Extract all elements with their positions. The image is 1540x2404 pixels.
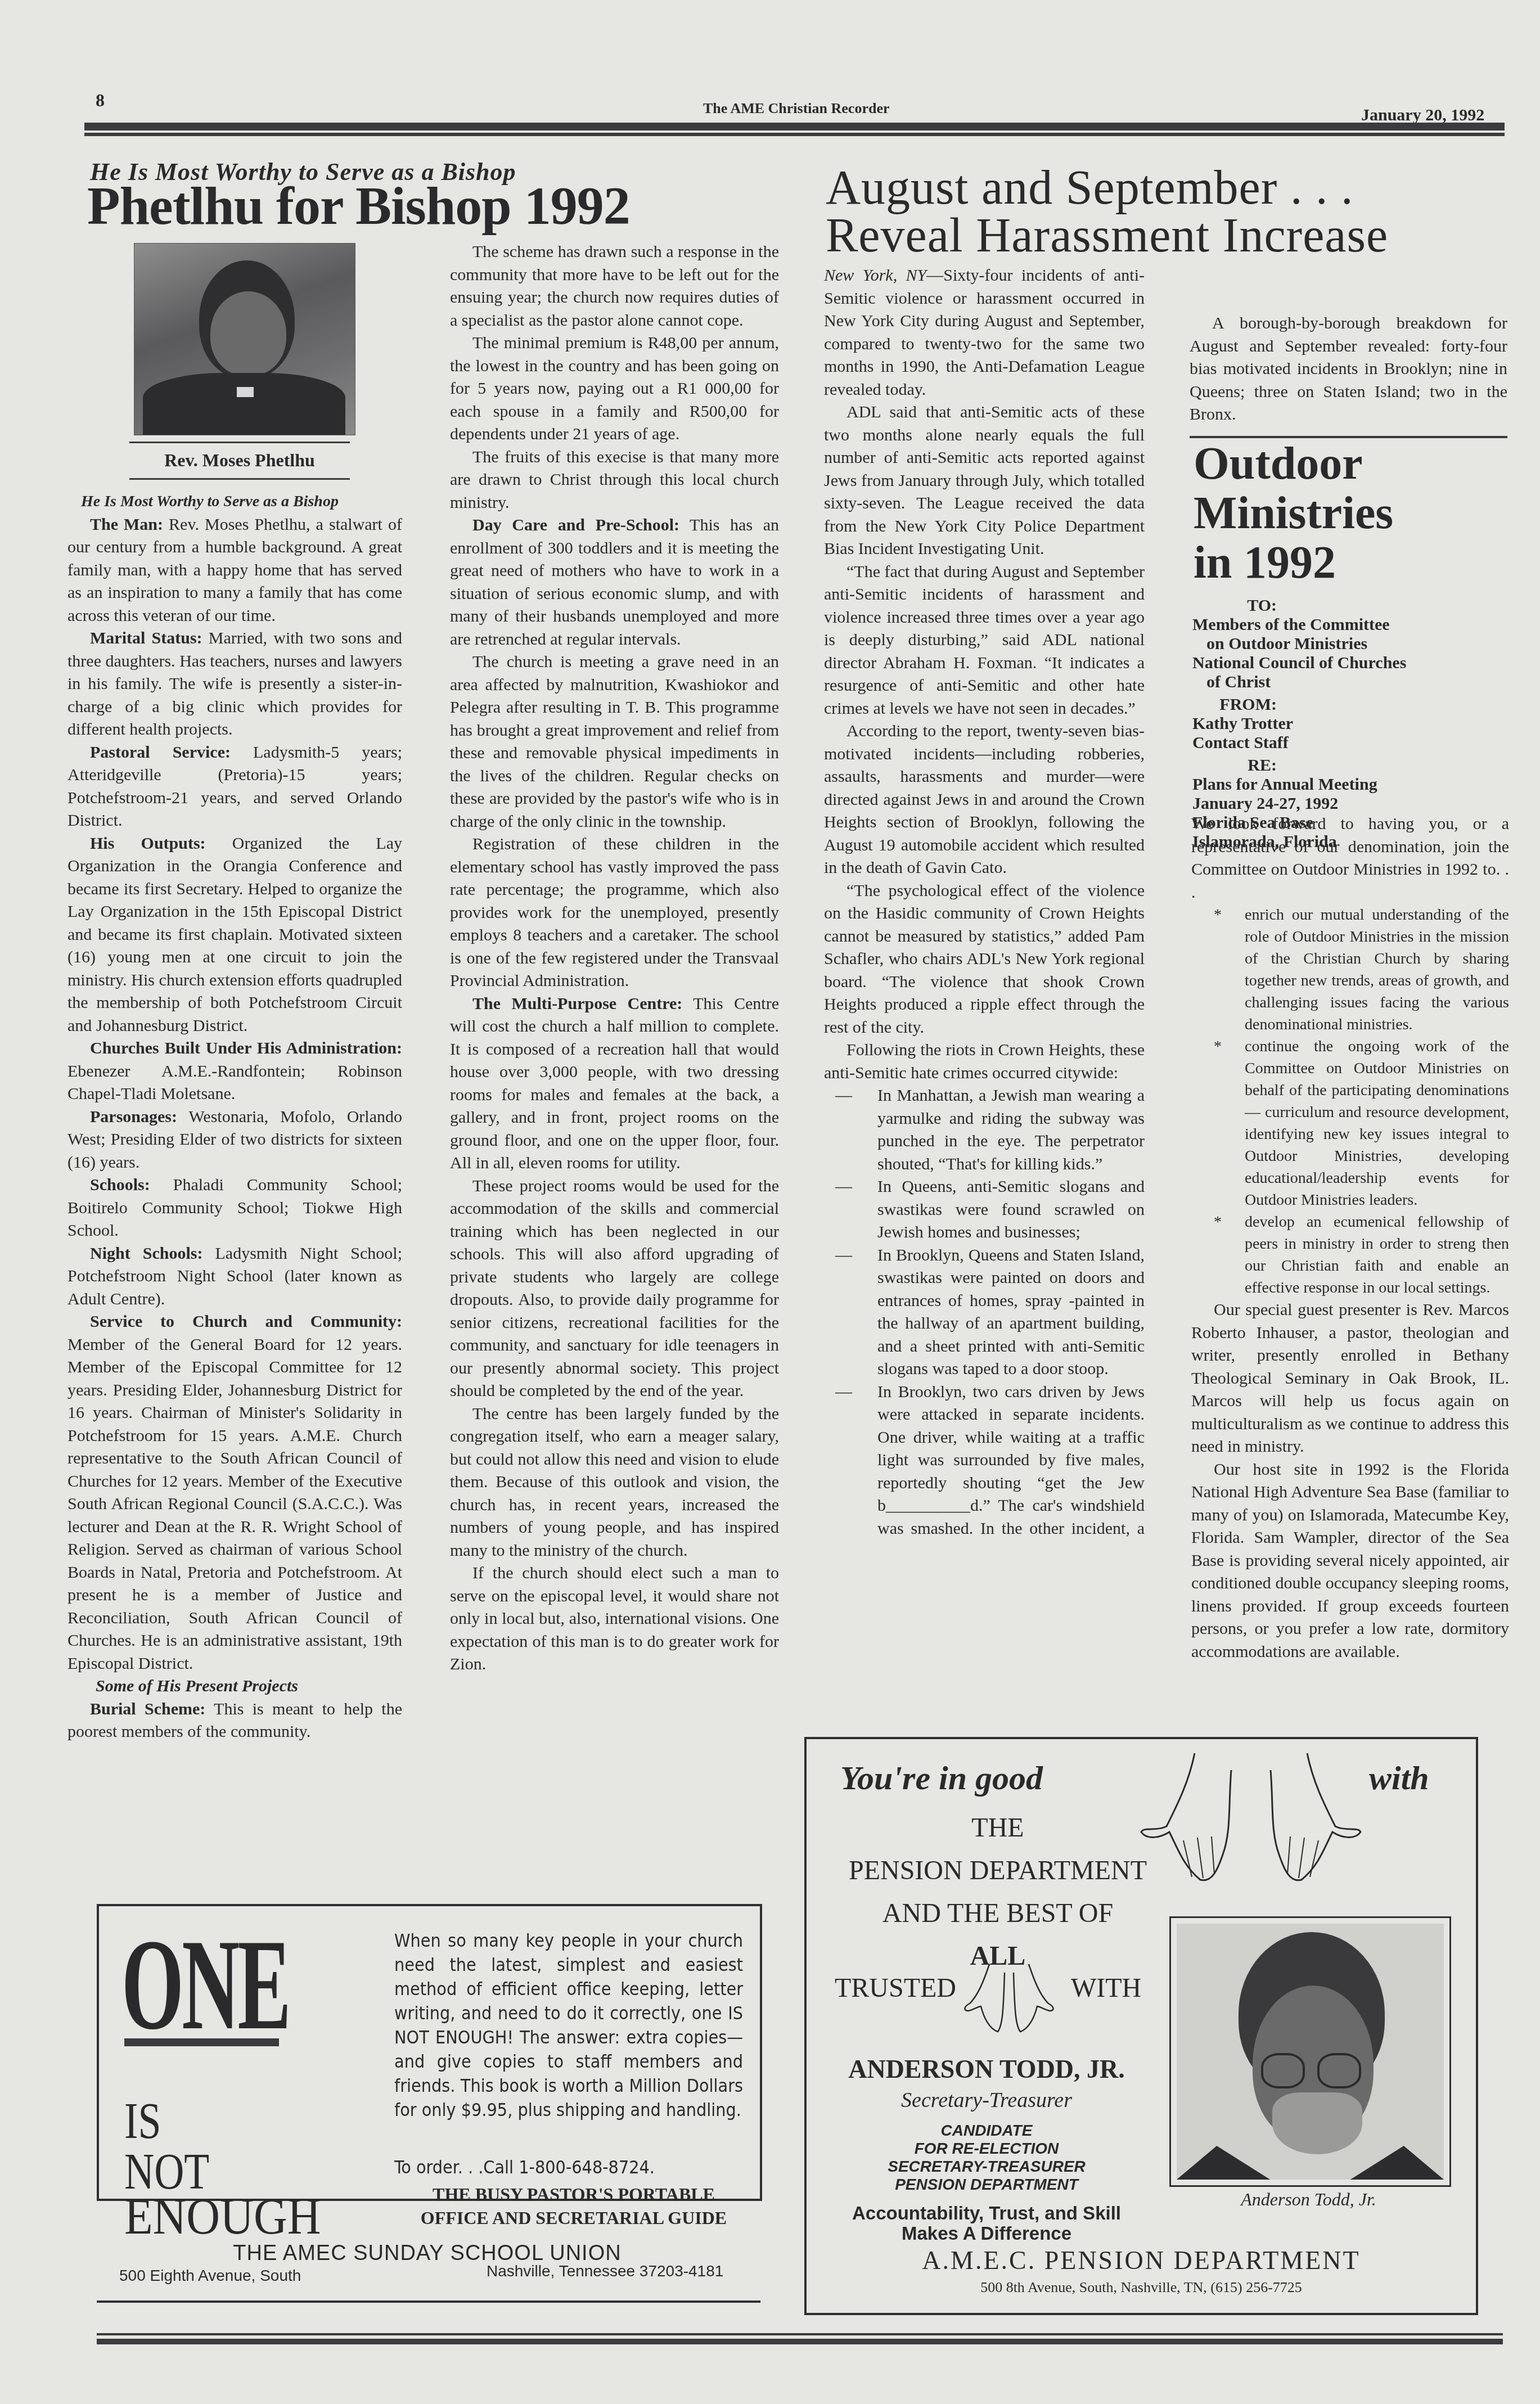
phetlhu-subkicker: He Is Most Worthy to Serve as a Bishop: [67, 490, 402, 514]
phetlhu-photo: [134, 243, 355, 435]
pension-slogan: Accountability, Trust, and Skill Makes A…: [829, 2203, 1144, 2244]
ad-word-is: IS: [124, 2095, 161, 2146]
incident-item: In Brooklyn, Queens and Staten Island, s…: [824, 1244, 1145, 1381]
harassment-closing: A borough-by-borough breakdown for Augus…: [1190, 312, 1507, 426]
phetlhu-para-burial: Burial Scheme: This is meant to help the…: [67, 1698, 402, 1744]
harassment-para: ADL said that anti-Semitic acts of these…: [824, 401, 1145, 561]
harassment-para: “The fact that during August and Septemb…: [824, 561, 1145, 721]
page-number: 8: [96, 90, 105, 111]
caption-rule: [129, 478, 350, 480]
pension-address: 500 8th Avenue, South, Nashville, TN, (6…: [807, 2279, 1476, 2296]
footer-rule-thick: [97, 2339, 1503, 2344]
header-rule-thin: [84, 133, 1505, 136]
outdoor-body: We look forward to having you, or a repr…: [1191, 813, 1509, 1663]
caption-rule: [129, 442, 350, 443]
pension-with: WITH: [1071, 1973, 1141, 2004]
todd-photo-caption: Anderson Todd, Jr.: [1169, 2189, 1448, 2210]
memo-from: FROM:Kathy TrotterContact Staff: [1192, 695, 1519, 753]
harassment-headline-line1: August and September . . .: [826, 163, 1353, 211]
ad-body-text: When so many key people in your church n…: [394, 1929, 743, 2122]
harassment-para: “The psychological effect of the violenc…: [824, 880, 1145, 1039]
publication-name: The AME Christian Recorder: [703, 100, 889, 117]
incident-item: In Queens, anti-Semitic slogans and swas…: [824, 1176, 1145, 1244]
pension-candidate-block: CANDIDATE FOR RE-ELECTION SECRETARY-TREA…: [829, 2122, 1144, 2194]
phetlhu-para-night-schools: Night Schools: Ladysmith Night School; P…: [67, 1242, 402, 1311]
ad-word-enough: ENOUGH: [124, 2190, 321, 2242]
incident-list: In Manhattan, a Jewish man wearing a yar…: [824, 1084, 1145, 1544]
incident-item: In Brooklyn, two cars driven by Jews wer…: [824, 1381, 1145, 1544]
dateline: New York, NY: [824, 266, 926, 285]
phetlhu-headline: Phetlhu for Bishop 1992: [87, 179, 630, 233]
harassment-lead: New York, NY—Sixty-four incidents of ant…: [824, 264, 1145, 401]
phetlhu-column-1: He Is Most Worthy to Serve as a Bishop T…: [67, 490, 402, 1744]
phetlhu-para-multipurpose: The Multi-Purpose Centre: This Centre wi…: [450, 993, 779, 1175]
phetlhu-para-marital: Marital Status: Married, with two sons a…: [67, 627, 402, 741]
outdoor-intro: We look forward to having you, or a repr…: [1191, 813, 1509, 904]
ad-pension: You're in good with THE PENSION DEPARTME…: [804, 1737, 1478, 2315]
phetlhu-para: Registration of these children in the el…: [450, 833, 779, 993]
footer-rule-thin: [97, 2333, 1503, 2335]
harassment-headline-line2: Reveal Harassment Increase: [826, 211, 1388, 259]
memo-to: TO:Members of the Committeeon Outdoor Mi…: [1192, 596, 1519, 692]
phetlhu-para-parsonages: Parsonages: Westonaria, Mofolo, Orlando …: [67, 1106, 402, 1174]
goal-item: enrich our mutual understanding of the r…: [1191, 904, 1509, 1036]
phetlhu-photo-caption: Rev. Moses Phetlhu: [129, 450, 350, 471]
phetlhu-para-daycare: Day Care and Pre-School: This has an enr…: [450, 514, 779, 651]
outdoor-headline: Outdoor Ministries in 1992: [1194, 439, 1393, 587]
phetlhu-para: If the church should elect such a man to…: [450, 1562, 779, 1676]
pension-department-name: A.M.E.C. PENSION DEPARTMENT: [807, 2245, 1476, 2275]
pension-trusted: TRUSTED: [835, 1973, 956, 2004]
phetlhu-para-schools: Schools: Phaladi Community School; Boiti…: [67, 1174, 402, 1242]
phetlhu-para: These project rooms would be used for th…: [450, 1175, 779, 1403]
ad-word-one: ONE: [121, 1929, 289, 2041]
pension-tagline-right: with: [1369, 1759, 1429, 1798]
open-hands-icon: [1133, 1748, 1369, 1888]
phetlhu-para-service: Service to Church and Community: Member …: [67, 1311, 402, 1675]
pension-candidate-title: Secretary-Treasurer: [829, 2088, 1144, 2113]
pension-candidate-name: ANDERSON TODD, JR.: [829, 2054, 1144, 2084]
phetlhu-column-2: The scheme has drawn such a response in …: [450, 241, 779, 1676]
todd-photo-frame: [1169, 1916, 1451, 2187]
pension-lines: THE PENSION DEPARTMENT AND THE BEST OF A…: [840, 1807, 1155, 1978]
phetlhu-para: The minimal premium is R48,00 per annum,…: [450, 332, 779, 446]
phetlhu-para-churches: Churches Built Under His Administration:…: [67, 1037, 402, 1106]
pension-tagline-left: You're in good: [840, 1759, 1043, 1798]
harassment-column-2: A borough-by-borough breakdown for Augus…: [1190, 264, 1507, 426]
phetlhu-para: The centre has been largely funded by th…: [450, 1403, 779, 1563]
harassment-para: Following the riots in Crown Heights, th…: [824, 1039, 1145, 1084]
phetlhu-para-outputs: His Outputs: Organized the Lay Organizat…: [67, 832, 402, 1038]
harassment-column-1: New York, NY—Sixty-four incidents of ant…: [824, 264, 1145, 1544]
goal-item: develop an ecumenical fellowship of peer…: [1191, 1211, 1509, 1299]
ad-address-right: Nashville, Tennessee 37203-4181: [487, 2262, 723, 2280]
goal-item: continue the ongoing work of the Committ…: [1191, 1036, 1509, 1211]
ad-one-is-not-enough: ONE IS NOT ENOUGH When so many key peopl…: [97, 1904, 762, 2201]
phetlhu-para: The fruits of this execise is that many …: [450, 446, 779, 515]
phetlhu-para-pastoral: Pastoral Service: Ladysmith-5 years; Att…: [67, 741, 402, 832]
ad-book-title: THE BUSY PASTOR'S PORTABLE OFFICE AND SE…: [394, 2182, 754, 2230]
todd-photo: [1177, 1924, 1444, 2180]
phetlhu-para: The church is meeting a grave need in an…: [450, 651, 779, 833]
outdoor-para: Our host site in 1992 is the Florida Nat…: [1191, 1458, 1509, 1664]
ad-bottom-border: [97, 2301, 760, 2303]
phetlhu-para-man: The Man: Rev. Moses Phetlhu, a stalwart …: [67, 514, 402, 628]
incident-item: In Manhattan, a Jewish man wearing a yar…: [824, 1084, 1145, 1176]
goals-list: enrich our mutual understanding of the r…: [1191, 904, 1509, 1299]
outdoor-para: Our special guest presenter is Rev. Marc…: [1191, 1299, 1509, 1458]
ad-address-left: 500 Eighth Avenue, South: [119, 2267, 301, 2285]
issue-date: January 20, 1992: [1361, 106, 1484, 125]
phetlhu-para: The scheme has drawn such a response in …: [450, 241, 779, 332]
harassment-para: According to the report, twenty-seven bi…: [824, 720, 1145, 880]
header-rule: [84, 123, 1505, 130]
projects-heading: Some of His Present Projects: [67, 1675, 402, 1698]
ad-order-phone: To order. . .Call 1-800-648-8724.: [394, 2157, 743, 2178]
small-open-hands-icon: [958, 1961, 1060, 2034]
ad-underline: [124, 2038, 279, 2046]
